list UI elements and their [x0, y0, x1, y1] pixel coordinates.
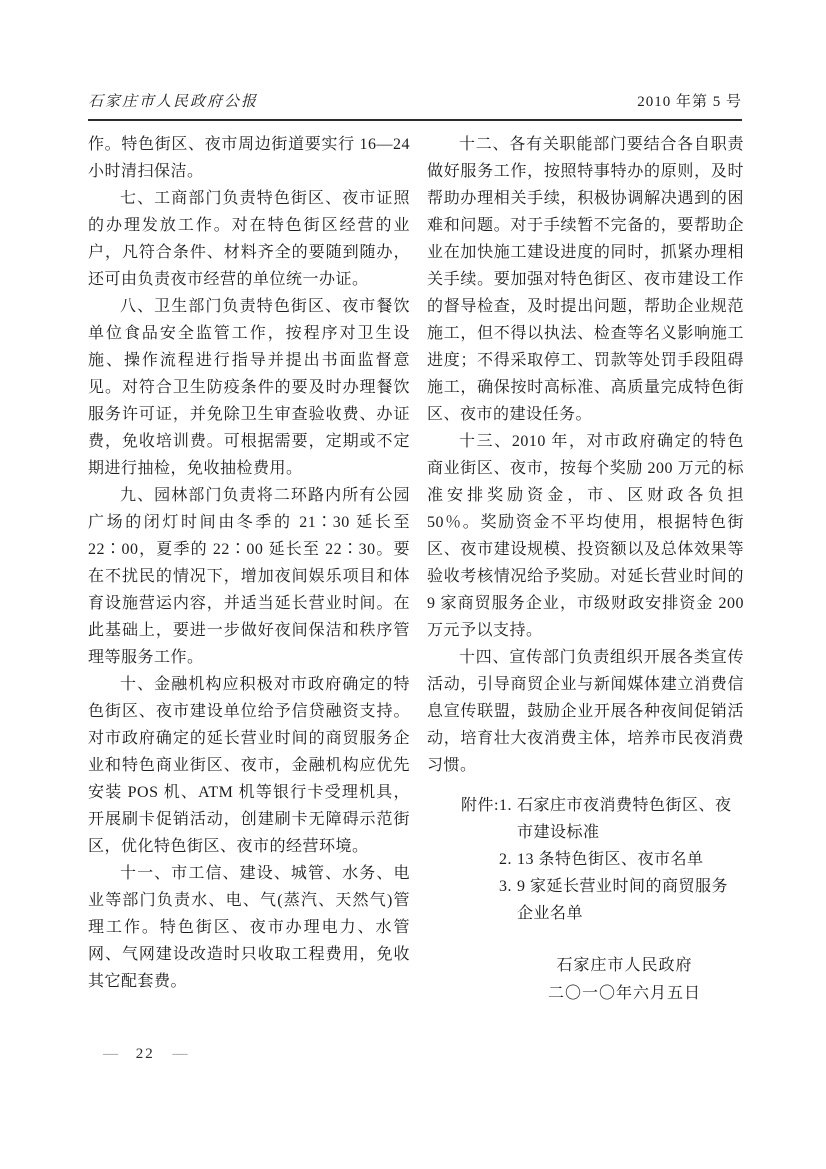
paragraph: 九、园林部门负责将二环路内所有公园广场的闭灯时间由冬季的 21∶30 延长至 2…: [88, 482, 410, 671]
paragraph: 十二、各有关职能部门要结合各自职责做好服务工作，按照特事特办的原则，及时帮助办理…: [427, 131, 744, 428]
attachment-item: 2.13 条特色街区、夜市名单: [499, 846, 744, 873]
attachment-item: 3.9 家延长营业时间的商贸服务企业名单: [499, 873, 744, 927]
attachment-item-text: 9 家延长营业时间的商贸服务企业名单: [517, 873, 744, 927]
attachment-block: 附件: 1.石家庄市夜消费特色街区、夜市建设标准2.13 条特色街区、夜市名单3…: [427, 792, 744, 927]
right-column-paragraphs: 十二、各有关职能部门要结合各自职责做好服务工作，按照特事特办的原则，及时帮助办理…: [427, 131, 744, 779]
attachment-item-text: 石家庄市夜消费特色街区、夜市建设标准: [517, 792, 744, 846]
attachment-item-number: 2.: [499, 846, 517, 873]
attachment-item: 1.石家庄市夜消费特色街区、夜市建设标准: [499, 792, 744, 846]
footer-left-dash: —: [103, 1046, 118, 1062]
left-column: 作。特色街区、夜市周边街道要实行 16—24 小时清扫保洁。七、工商部门负责特色…: [88, 131, 410, 1008]
gazette-page: 石家庄市人民政府公报 2010 年第 5 号 作。特色街区、夜市周边街道要实行 …: [0, 0, 826, 1169]
paragraph: 作。特色街区、夜市周边街道要实行 16—24 小时清扫保洁。: [88, 131, 410, 185]
right-column: 十二、各有关职能部门要结合各自职责做好服务工作，按照特事特办的原则，及时帮助办理…: [427, 131, 744, 1008]
paragraph: 七、工商部门负责特色街区、夜市证照的办理发放工作。对在特色街区经营的业户，凡符合…: [88, 185, 410, 293]
document-body: 作。特色街区、夜市周边街道要实行 16—24 小时清扫保洁。七、工商部门负责特色…: [88, 131, 744, 1008]
paragraph: 八、卫生部门负责特色街区、夜市餐饮单位食品安全监管工作，按程序对卫生设施、操作流…: [88, 293, 410, 482]
attachment-item-text: 13 条特色街区、夜市名单: [517, 846, 744, 873]
attachment-label: 附件:: [461, 792, 499, 927]
attachment-list: 1.石家庄市夜消费特色街区、夜市建设标准2.13 条特色街区、夜市名单3.9 家…: [499, 792, 744, 927]
attachment-item-number: 1.: [499, 792, 517, 846]
signature-issuer: 石家庄市人民政府: [505, 952, 744, 980]
attachment-item-number: 3.: [499, 873, 517, 927]
page-number: 22: [136, 1046, 155, 1062]
signature-block: 石家庄市人民政府 二〇一〇年六月五日: [427, 952, 744, 1008]
paragraph: 十一、市工信、建设、城管、水务、电业等部门负责水、电、气(蒸汽、天然气)管理工作…: [88, 860, 410, 995]
footer-right-dash: —: [173, 1046, 188, 1062]
paragraph: 十、金融机构应积极对市政府确定的特色街区、夜市建设单位给予信贷融资支持。对市政府…: [88, 671, 410, 860]
page-header: 石家庄市人民政府公报 2010 年第 5 号: [88, 90, 742, 121]
page-footer: — 22 —: [103, 1046, 188, 1063]
signature-date: 二〇一〇年六月五日: [505, 980, 744, 1008]
issue-number: 2010 年第 5 号: [637, 90, 742, 111]
paragraph: 十三、2010 年，对市政府确定的特色商业街区、夜市，按每个奖励 200 万元的…: [427, 428, 744, 644]
publication-title: 石家庄市人民政府公报: [88, 90, 258, 111]
paragraph: 十四、宣传部门负责组织开展各类宣传活动，引导商贸企业与新闻媒体建立消费信息宣传联…: [427, 644, 744, 779]
